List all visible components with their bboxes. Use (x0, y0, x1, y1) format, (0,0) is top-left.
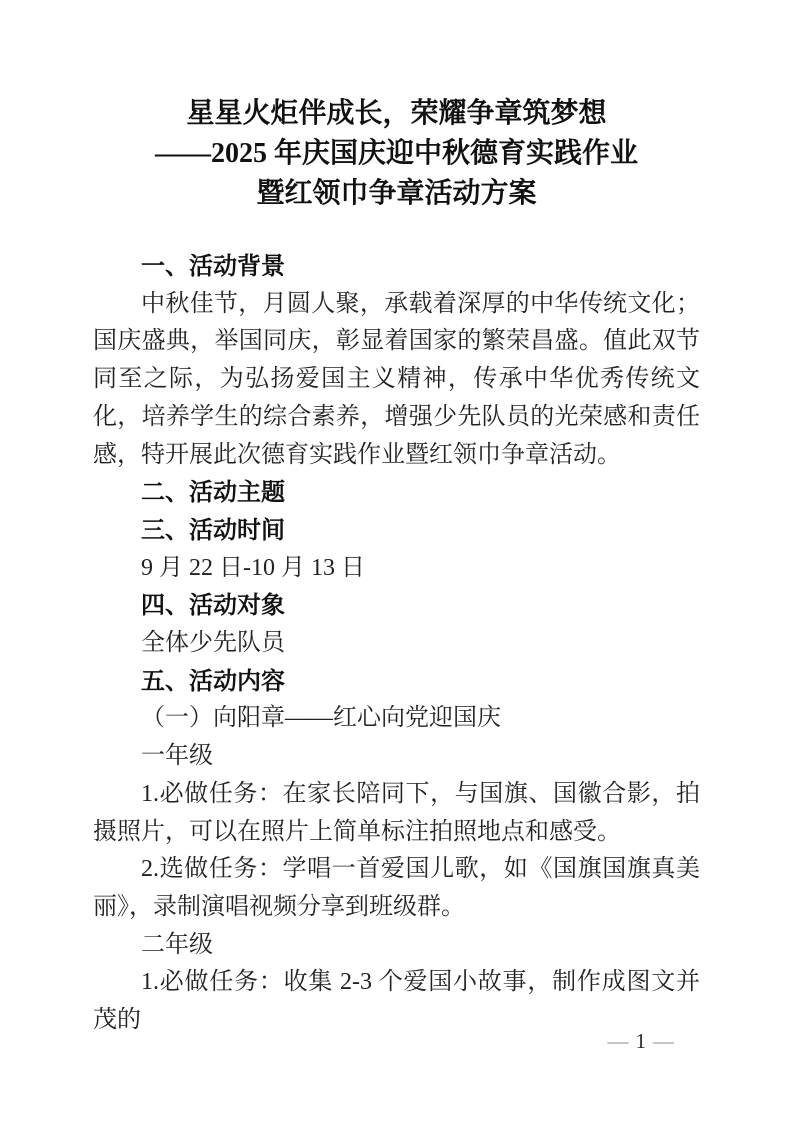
title-line-3: 暨红领巾争章活动方案 (93, 174, 700, 214)
body-paragraph: 1.必做任务：在家长陪同下，与国旗、国徽合影，拍摄照片，可以在照片上简单标注拍照… (93, 776, 700, 851)
title-line-1: 星星火炬伴成长，荣耀争章筑梦想 (93, 94, 700, 134)
document-title: 星星火炬伴成长，荣耀争章筑梦想 ——2025 年庆国庆迎中秋德育实践作业 暨红领… (93, 94, 700, 214)
page-number: —1— (608, 1029, 675, 1053)
section-heading: 二、活动主题 (93, 474, 700, 512)
title-line-2: ——2025 年庆国庆迎中秋德育实践作业 (93, 134, 700, 174)
page-number-value: 1 (636, 1029, 647, 1053)
body-paragraph: 2.选做任务：学唱一首爱国儿歌，如《国旗国旗真美丽》，录制演唱视频分享到班级群。 (93, 851, 700, 926)
body-paragraph: （一）向阳章——红心向党迎国庆 (93, 700, 700, 738)
section-heading: 四、活动对象 (93, 587, 700, 625)
page-number-left-dash: — (608, 1029, 629, 1053)
section-heading: 一、活动背景 (93, 248, 700, 286)
section-heading: 五、活动内容 (93, 663, 700, 701)
body-paragraph: 全体少先队员 (93, 625, 700, 663)
body-paragraph: 中秋佳节，月圆人聚，承载着深厚的中华传统文化；国庆盛典，举国同庆，彰显着国家的繁… (93, 286, 700, 475)
document-body: 一、活动背景中秋佳节，月圆人聚，承载着深厚的中华传统文化；国庆盛典，举国同庆，彰… (93, 248, 700, 1040)
body-paragraph: 二年级 (93, 927, 700, 965)
page-number-right-dash: — (653, 1029, 674, 1053)
body-paragraph: 9 月 22 日-10 月 13 日 (93, 550, 700, 588)
section-heading: 三、活动时间 (93, 512, 700, 550)
body-paragraph: 一年级 (93, 738, 700, 776)
document-page: 星星火炬伴成长，荣耀争章筑梦想 ——2025 年庆国庆迎中秋德育实践作业 暨红领… (0, 0, 793, 1122)
